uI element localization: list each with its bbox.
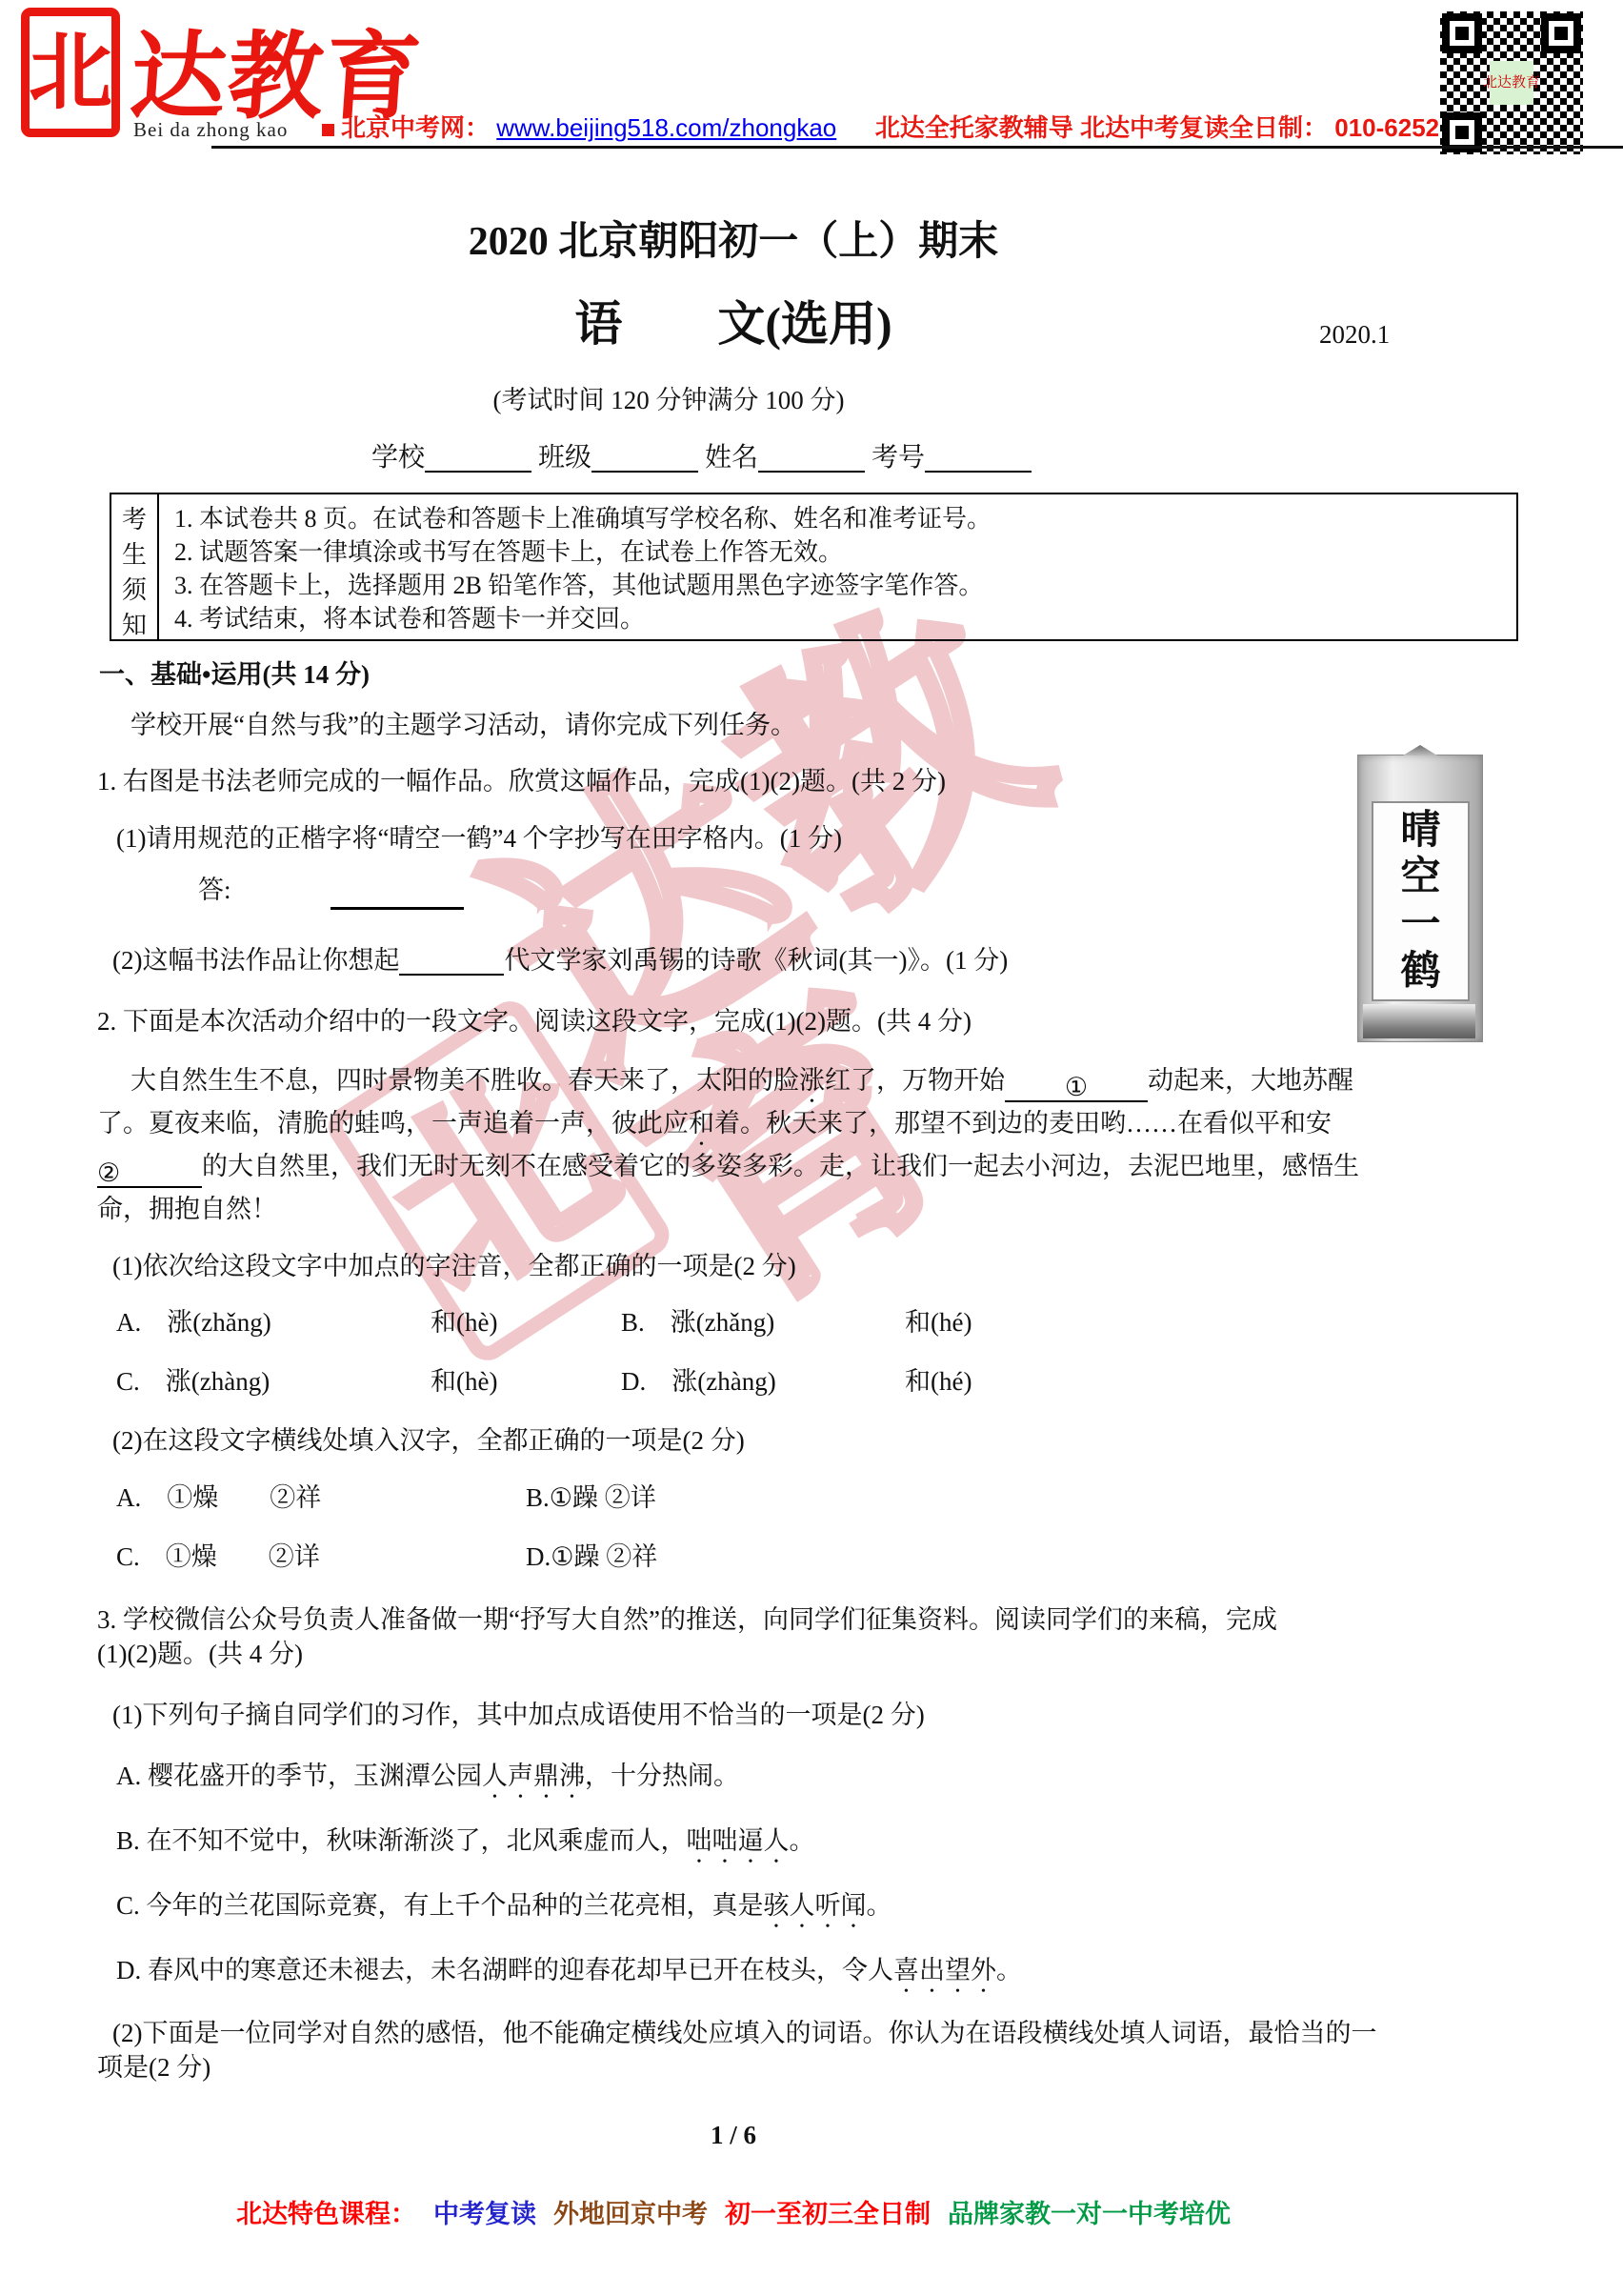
site-label: 北京中考网： <box>341 113 490 142</box>
student-info-line: 学校 班级 姓名 考号 <box>371 436 1032 474</box>
q3-option-b: B. 在不知不觉中，秋味渐渐淡了，北风乘虚而人，咄咄逼人。 <box>116 1825 815 1869</box>
qr-finder-icon <box>1541 13 1581 53</box>
notice-item: 2. 试题答案一律填涂或书写在答题卡上，在试卷上作答无效。 <box>174 535 1516 569</box>
emphasized-idiom: 喜出望外 <box>893 1956 996 1984</box>
promo-text-1: 北达全托家教辅导 <box>875 113 1073 142</box>
q2-sub2-option-c: C. ①燥 ②详 <box>116 1541 320 1572</box>
q1-answer-label: 答: <box>198 875 231 905</box>
q2-sub2-option-a: A. ①燥 ②祥 <box>116 1482 321 1513</box>
emphasized-idiom: 人声鼎沸 <box>482 1762 585 1790</box>
exam-title: 2020 北京朝阳初一（上）期末 <box>0 210 1467 267</box>
notice-item: 3. 在答题卡上，选择题用 2B 铅笔作答，其他试题用黑色字迹签字笔作答。 <box>174 569 1516 602</box>
exam-date: 2020.1 <box>1319 320 1390 350</box>
name-blank <box>758 442 865 473</box>
calligraphy-panel: 晴 空 一 鹤 <box>1372 801 1470 1001</box>
brand-pinyin: Bei da zhong kao <box>133 118 288 142</box>
candidate-notice-box: 考 生 须 知 1. 本试卷共 8 页。在试卷和答题卡上准确填写学校名称、姓名和… <box>110 493 1518 641</box>
red-square-bullet-icon <box>322 124 334 136</box>
field-label-examno: 考号 <box>872 443 925 473</box>
q3-sub1: (1)下列句子摘自同学们的习作，其中加点成语使用不恰当的一项是(2 分) <box>112 1700 925 1730</box>
notice-side-label: 考 生 须 知 <box>111 494 159 639</box>
q2-paragraph-line3: ②的大自然里，我们无时无刻不在感受着它的多姿多彩。走，让我们一起去小河边，去泥巴… <box>97 1151 1359 1188</box>
school-blank <box>425 442 531 473</box>
emphasized-idiom: 咄咄逼人 <box>687 1826 790 1855</box>
footer-part: 北达特色课程： <box>236 2200 416 2228</box>
q1-answer-blank <box>331 878 464 910</box>
q3-option-d: D. 春风中的寒意还未褪去，未名湖畔的迎春花却早已开在枝头，令人喜出望外。 <box>116 1955 1022 1999</box>
scroll-roller <box>1363 1004 1475 1038</box>
q2-paragraph-line2: 了。夏夜来临，清脆的蛙鸣，一声追着一声，彼此应和着。秋天来了，那望不到边的麦田哟… <box>97 1108 1332 1152</box>
site-url-link[interactable]: www.beijing518.com/zhongkao <box>496 113 836 142</box>
notice-items: 1. 本试卷共 8 页。在试卷和答题卡上准确填写学校名称、姓名和准考证号。 2.… <box>159 494 1516 639</box>
notice-item: 1. 本试卷共 8 页。在试卷和答题卡上准确填写学校名称、姓名和准考证号。 <box>174 502 1516 535</box>
emphasized-char: 涨 <box>799 1066 825 1095</box>
section1-intro: 学校开展“自然与我”的主题学习活动，请你完成下列任务。 <box>130 710 796 740</box>
q2-paragraph-line1: 大自然生生不息，四时景物美不胜收。春天来了，太阳的脸涨红了，万物开始①动起来，大… <box>130 1065 1353 1109</box>
exam-paper-page: 北 达教育 北 达教育 Bei da zhong kao 北京中考网： www.… <box>0 0 1623 2296</box>
q3-stem-line2: (1)(2)题。(共 4 分) <box>97 1639 303 1669</box>
q2-sub1-option-a: A. 涨(zhǎng) <box>116 1307 271 1338</box>
q2-sub1-option-a2: 和(hè) <box>431 1307 497 1338</box>
q2-sub1-option-d: D. 涨(zhàng) <box>621 1366 776 1397</box>
header-info-line: 北京中考网： www.beijing518.com/zhongkao 北达全托家… <box>341 109 1494 144</box>
emphasized-char: 和 <box>689 1109 714 1138</box>
q2-sub1-option-b2: 和(hé) <box>905 1307 972 1338</box>
q2-sub1-option-b: B. 涨(zhǎng) <box>621 1307 774 1338</box>
scroll-hanger-icon <box>1403 745 1437 755</box>
q2-sub1-option-c2: 和(hè) <box>431 1366 497 1397</box>
q3-option-a: A. 樱花盛开的季节，玉渊潭公园人声鼎沸，十分热闹。 <box>116 1761 739 1804</box>
notice-item: 4. 考试结束，将本试卷和答题卡一并交回。 <box>174 602 1516 635</box>
q3-option-c: C. 今年的兰花国际竞赛，有上千个品种的兰花亮相，真是骇人听闻。 <box>116 1890 892 1934</box>
q1-stem: 1. 右图是书法老师完成的一幅作品。欣赏这幅作品，完成(1)(2)题。(共 2 … <box>97 766 946 796</box>
footer-part: 外地回京中考 <box>553 2200 708 2228</box>
q2-sub2-option-d: D.①躁 ②祥 <box>526 1541 657 1572</box>
promo-text-2: 北达中考复读全日制： <box>1080 113 1328 142</box>
field-label-class: 班级 <box>538 443 591 473</box>
q2-blank-2: ② <box>97 1158 202 1188</box>
q2-sub2: (2)在这段文字横线处填入汉字，全都正确的一项是(2 分) <box>112 1425 745 1456</box>
page-number: 1 / 6 <box>0 2121 1467 2150</box>
field-label-school: 学校 <box>371 443 425 473</box>
examno-blank <box>925 442 1032 473</box>
q3-stem-line1: 3. 学校微信公众号负责人准备做一期“抒写大自然”的推送，向同学们征集资料。阅读… <box>97 1604 1277 1635</box>
exam-duration: (考试时间 120 分钟满分 100 分) <box>0 379 1337 416</box>
q1-sub2: (2)这幅书法作品让你想起代文学家刘禹锡的诗歌《秋词(其一)》。(1 分) <box>112 945 1008 976</box>
field-label-name: 姓名 <box>705 443 758 473</box>
emphasized-idiom: 骇人听闻 <box>764 1891 867 1920</box>
subject-title: 语 文(选用) <box>0 286 1467 354</box>
qr-center-label: 北达教育 <box>1490 61 1533 105</box>
brand-seal-char: 北 <box>29 30 112 114</box>
brand-seal-icon: 北 <box>21 8 120 137</box>
footer-promo-line: 北达特色课程：中考复读外地回京中考初一至初三全日制品牌家教一对一中考培优 <box>0 2193 1467 2230</box>
footer-part: 中考复读 <box>433 2200 536 2228</box>
q2-sub1-option-c: C. 涨(zhàng) <box>116 1366 270 1397</box>
header-divider <box>211 146 1623 149</box>
q2-sub1: (1)依次给这段文字中加点的字注音，全都正确的一项是(2 分) <box>112 1251 796 1281</box>
q2-stem: 2. 下面是本次活动介绍中的一段文字。阅读这段文字，完成(1)(2)题。(共 4… <box>97 1006 972 1037</box>
q3-sub2-line1: (2)下面是一位同学对自然的感悟，他不能确定横线处应填入的词语。你认为在语段横线… <box>112 2018 1376 2048</box>
q2-sub2-option-b: B.①躁 ②详 <box>526 1482 656 1513</box>
q1-sub1: (1)请用规范的正楷字将“晴空一鹤”4 个字抄写在田字格内。(1 分) <box>116 823 842 854</box>
q2-blank-1: ① <box>1005 1072 1148 1102</box>
class-blank <box>591 442 698 473</box>
footer-part: 品牌家教一对一中考培优 <box>948 2200 1231 2228</box>
calligraphy-scroll-image: 晴 空 一 鹤 <box>1357 755 1483 1042</box>
q2-sub1-option-d2: 和(hé) <box>905 1366 972 1397</box>
q2-paragraph-line4: 命，拥抱自然！ <box>97 1194 277 1224</box>
q1-sub2-blank <box>399 945 504 976</box>
footer-part: 初一至初三全日制 <box>725 2200 931 2228</box>
qr-code: 北达教育 <box>1440 11 1583 154</box>
qr-finder-icon <box>1442 13 1482 53</box>
q3-sub2-line2: 项是(2 分) <box>97 2052 210 2083</box>
section1-heading: 一、基础•运用(共 14 分) <box>99 659 370 690</box>
